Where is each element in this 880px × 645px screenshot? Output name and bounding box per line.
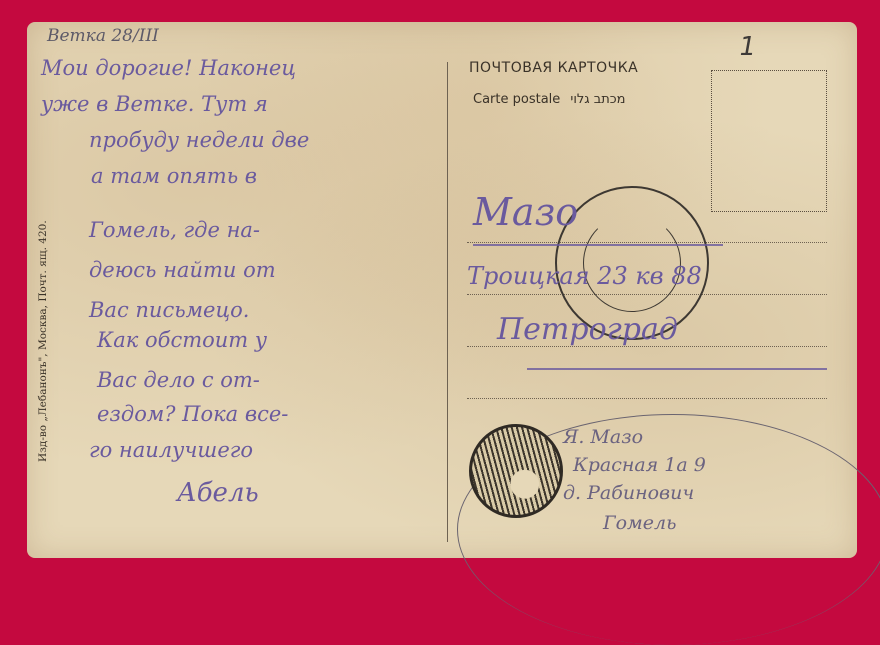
message-line: го наилучшего [89,438,253,462]
return-address-line: Гомель [603,512,676,534]
message-line: а там опять в [91,164,257,188]
message-line: уже в Ветке. Тут я [41,92,268,116]
recipient-city: Петроград [497,312,678,347]
pencil-number: 1 [736,32,758,62]
message-line: ездом? Пока все- [97,402,288,426]
postcard: Ветка 28/III 1 Изд-во „Лебанонъ", Москва… [27,22,857,558]
return-address-line: Красная 1а 9 [573,454,706,476]
return-address-line: д. Рабинович [563,482,694,504]
postcard-subheading: Carte postale מכתב גלוי [473,92,626,107]
city-underline [527,368,827,370]
recipient-street: Троицкая 23 кв 88 [467,262,702,290]
subheading-hebrew: מכתב גלוי [570,92,625,107]
return-address-line: Я. Мазо [563,426,643,448]
recipient-name: Мазо [473,190,578,234]
message-line: пробуду недели две [89,128,309,152]
message-line: Вас письмецо. [89,298,249,322]
message-line: Вас дело с от- [97,368,260,392]
subheading-french: Carte postale [473,92,560,107]
stamp-placeholder-box [711,70,827,212]
address-line [467,398,827,399]
message-line: Как обстоит у [97,328,267,352]
message-line: Гомель, где на- [89,218,260,242]
publisher-logo-emblem [469,424,563,518]
signature: Абель [177,478,259,508]
message-line: деюсь найти от [89,258,276,282]
center-divider [447,62,448,542]
date-note: Ветка 28/III [47,26,159,46]
recipient-underline [473,244,723,246]
postcard-heading: ПОЧТОВАЯ КАРТОЧКА [469,60,638,76]
publisher-imprint: Изд-во „Лебанонъ", Москва, Почт. ящ. 420… [37,220,49,462]
message-line: Мои дорогие! Наконец [41,56,296,80]
